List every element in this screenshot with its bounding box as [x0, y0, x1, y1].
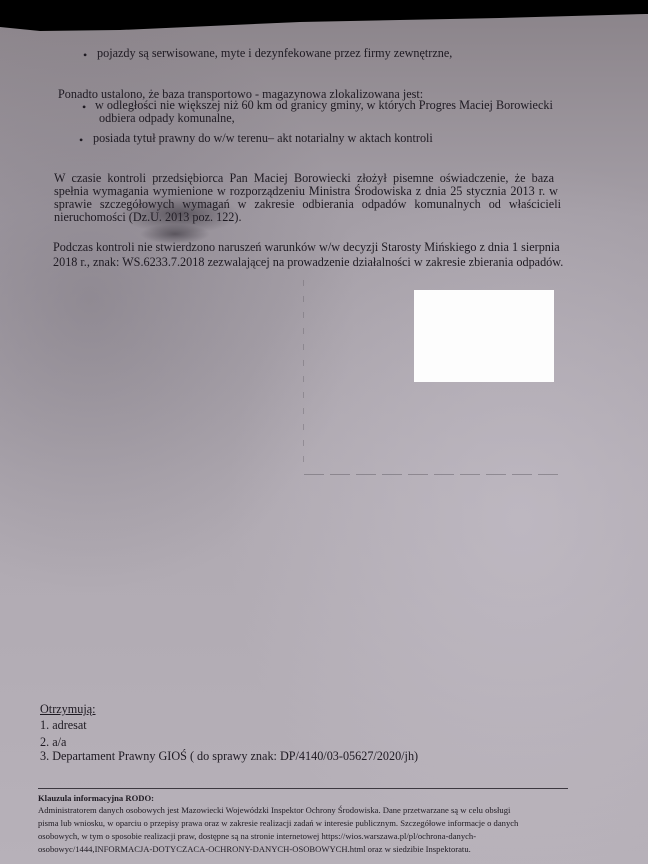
rodo-line-3: osobowych, w tym o sposobie realizacji p…	[38, 830, 476, 843]
findings-line-1: Podczas kontroli nie stwierdzono narusze…	[53, 240, 560, 255]
rodo-heading: Klauzula informacyjna RODO:	[38, 792, 154, 805]
recipients-heading: Otrzymują:	[40, 702, 96, 717]
divider-line	[38, 788, 568, 789]
recipient-item: 3. Departament Prawny GIOŚ ( do sprawy z…	[40, 749, 418, 764]
redaction-box	[414, 290, 554, 382]
fold-mark-horizontal	[304, 474, 560, 475]
rodo-line-4: osobowyc/1444,INFORMACJA-DOTYCZACA-OCHRO…	[38, 843, 471, 856]
fold-mark-vertical	[303, 280, 304, 470]
recipient-item: 1. adresat	[40, 718, 87, 733]
bullet-icon: •	[83, 48, 87, 63]
rodo-line-2: pisma lub wniosku, w oparciu o przepisy …	[38, 817, 518, 830]
location-bullet-1-line2: odbiera odpady komunalne,	[99, 111, 235, 126]
bullet-icon: •	[79, 133, 83, 148]
recipient-item: 2. a/a	[40, 735, 66, 750]
rodo-line-1: Administratorem danych osobowych jest Ma…	[38, 804, 510, 817]
document-page: • pojazdy są serwisowane, myte i dezynfe…	[0, 0, 648, 864]
bullet-icon: •	[82, 100, 86, 115]
location-bullet-2: posiada tytuł prawny do w/w terenu– akt …	[93, 131, 433, 146]
findings-line-2: 2018 r., znak: WS.6233.7.2018 zezwalając…	[53, 255, 563, 270]
bullet-item-vehicles: pojazdy są serwisowane, myte i dezynfeko…	[97, 46, 452, 61]
